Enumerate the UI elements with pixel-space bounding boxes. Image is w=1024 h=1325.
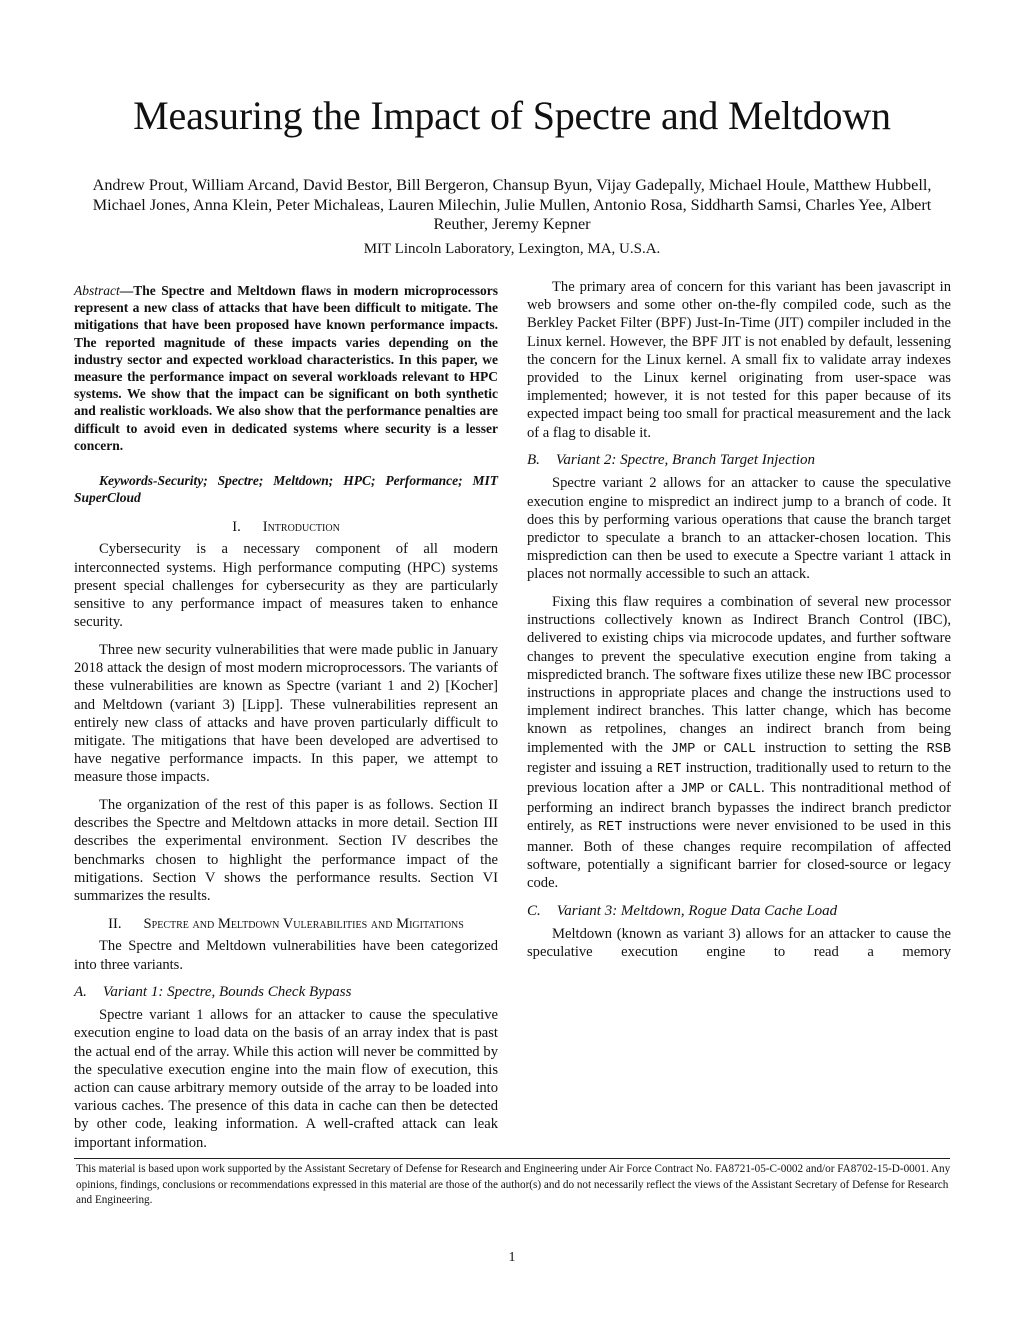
section-heading-introduction: I.Introduction bbox=[74, 518, 498, 536]
right-column: The primary area of concern for this var… bbox=[527, 278, 951, 971]
code-jmp: JMP bbox=[680, 782, 704, 797]
subsection-heading-variant-3: C.Variant 3: Meltdown, Rogue Data Cache … bbox=[527, 902, 951, 920]
keywords: Keywords-Security; Spectre; Meltdown; HP… bbox=[74, 472, 498, 506]
paragraph: Cybersecurity is a necessary component o… bbox=[74, 540, 498, 631]
paper-title: Measuring the Impact of Spectre and Melt… bbox=[0, 92, 1024, 140]
code-ret: RET bbox=[657, 762, 681, 777]
code-rsb: RSB bbox=[927, 742, 951, 757]
code-call: CALL bbox=[723, 742, 756, 757]
paragraph: The organization of the rest of this pap… bbox=[74, 796, 498, 905]
left-column: Abstract—The Spectre and Meltdown flaws … bbox=[74, 282, 498, 1161]
paragraph: Fixing this flaw requires a combination … bbox=[527, 593, 951, 892]
paragraph: Spectre variant 2 allows for an attacker… bbox=[527, 474, 951, 583]
paragraph: The primary area of concern for this var… bbox=[527, 278, 951, 442]
paragraph: Meltdown (known as variant 3) allows for… bbox=[527, 925, 951, 961]
affiliation: MIT Lincoln Laboratory, Lexington, MA, U… bbox=[0, 240, 1024, 258]
code-ret: RET bbox=[598, 820, 622, 835]
abstract-text: The Spectre and Meltdown flaws in modern… bbox=[74, 283, 498, 453]
abstract: Abstract—The Spectre and Meltdown flaws … bbox=[74, 282, 498, 454]
footnote: This material is based upon work support… bbox=[76, 1162, 952, 1209]
subsection-heading-variant-1: A.Variant 1: Spectre, Bounds Check Bypas… bbox=[74, 983, 498, 1001]
code-call: CALL bbox=[728, 782, 761, 797]
paragraph: The Spectre and Meltdown vulnerabilities… bbox=[74, 937, 498, 973]
section-heading-spectre-meltdown: II.Spectre and Meltdown Vulerabilities a… bbox=[74, 915, 498, 933]
paragraph: Spectre variant 1 allows for an attacker… bbox=[74, 1006, 498, 1152]
paragraph: Three new security vulnerabilities that … bbox=[74, 641, 498, 787]
code-jmp: JMP bbox=[671, 742, 695, 757]
abstract-dash: — bbox=[120, 283, 134, 298]
page-number: 1 bbox=[0, 1250, 1024, 1266]
footnote-divider bbox=[74, 1158, 950, 1159]
subsection-heading-variant-2: B.Variant 2: Spectre, Branch Target Inje… bbox=[527, 451, 951, 469]
abstract-label: Abstract bbox=[74, 283, 120, 298]
author-list: Andrew Prout, William Arcand, David Best… bbox=[90, 176, 934, 235]
